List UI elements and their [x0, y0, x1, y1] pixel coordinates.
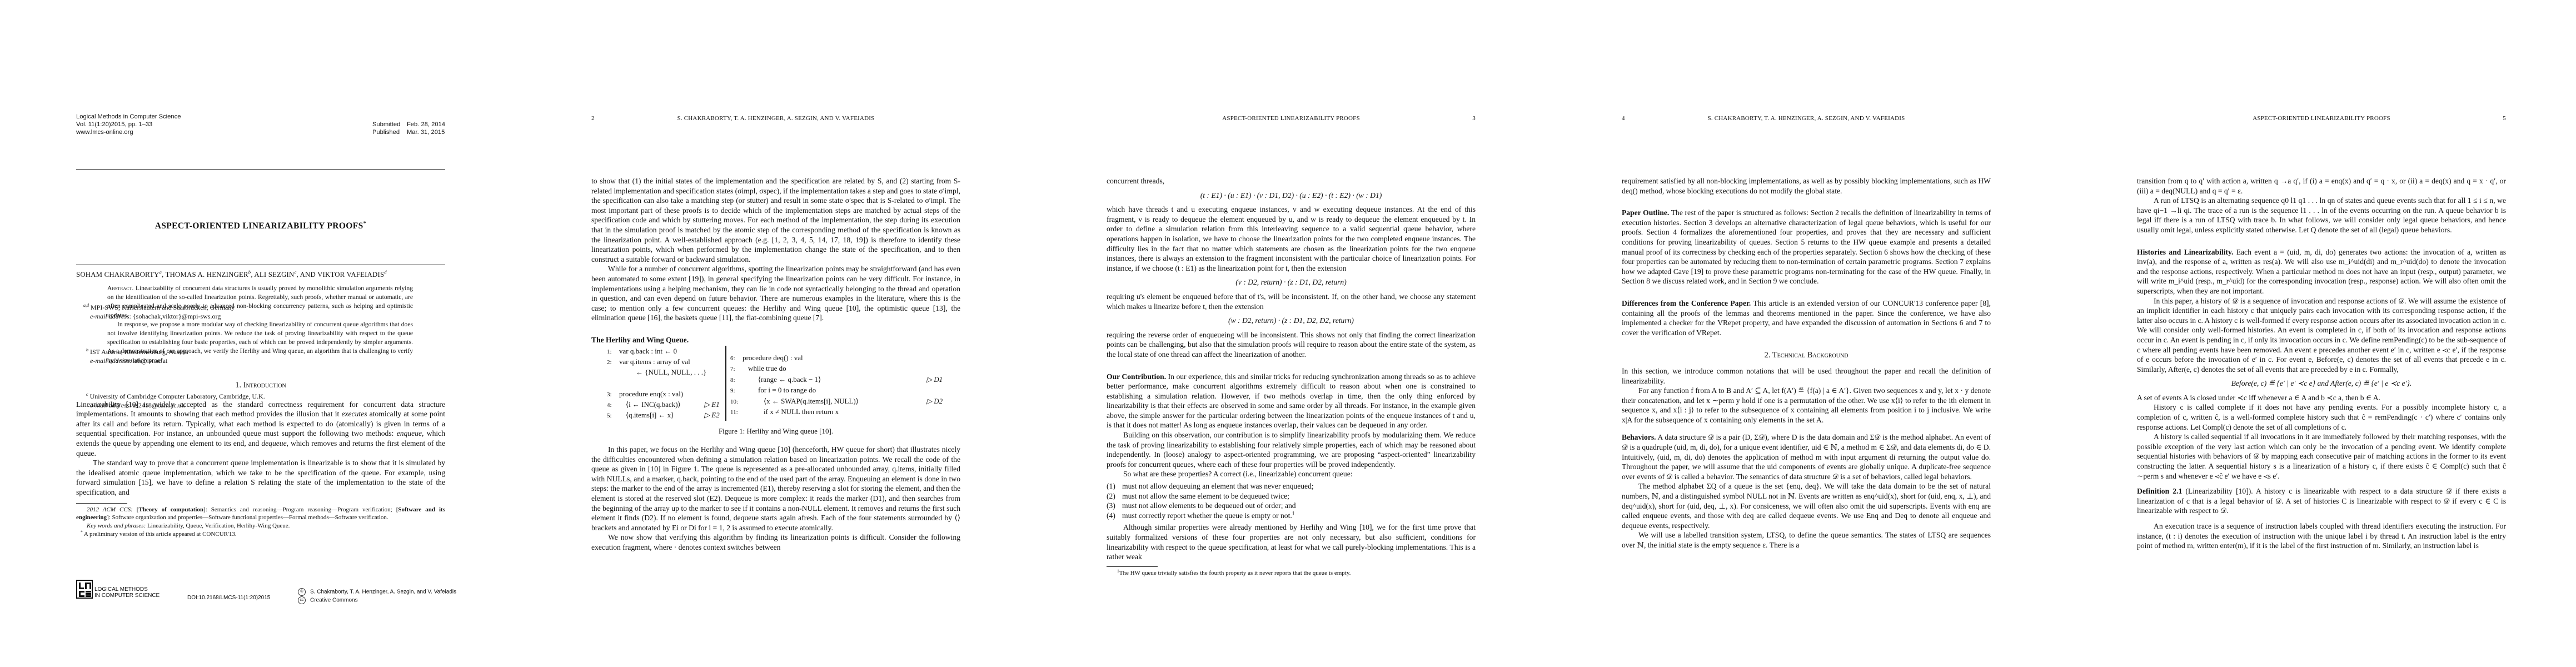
equation: (w : D2, return) · (z : D1, D2, D2, retu… — [1107, 316, 1476, 326]
paragraph: So what are these properties? A correct … — [1107, 469, 1476, 479]
paragraph: requirement satisfied by all non-blockin… — [1622, 176, 1991, 196]
paragraph: An execution trace is a sequence of inst… — [2137, 521, 2506, 551]
paragraph: Linearizability [10] is widely accepted … — [76, 400, 445, 459]
author-list: SOHAM CHAKRABORTYa, THOMAS A. HENZINGERb… — [76, 271, 445, 279]
equation: (v : D2, return) · (z : D1, D2, return) — [1107, 277, 1476, 287]
journal-dates: SubmittedFeb. 28, 2014 PublishedMar. 31,… — [372, 121, 445, 136]
journal-name: Logical Methods in Computer Science — [76, 113, 445, 121]
definition: Definition 2.1 (Linearizability [10]). A… — [2137, 486, 2506, 516]
published-label: Published — [372, 128, 407, 136]
license-link[interactable]: Creative Commons — [310, 597, 358, 603]
footnote: 1The HW queue trivially satisfies the fo… — [1107, 569, 1476, 578]
paragraph-heading: Our Contribution. — [1107, 372, 1166, 381]
list-item: (2)must not allow the same element to be… — [1107, 491, 1476, 501]
abstract: Abstract. Linearizability of concurrent … — [107, 284, 413, 365]
abstract-rule — [76, 265, 445, 265]
paragraph: A run of LTSQ is an alternating sequence… — [2137, 196, 2506, 235]
figure-1-code: 1:var q.back : int ← 0 2:var q.items : a… — [607, 346, 951, 421]
paragraph: Our Contribution. In our experience, thi… — [1107, 372, 1476, 431]
submitted-label: Submitted — [372, 121, 407, 128]
equation: Before(e, c) ≝ {e′ | e′ ≺c e} and After(… — [2137, 379, 2506, 389]
section-heading: 2. Technical Background — [1622, 351, 1991, 361]
page-3: ASPECT-ORIENTED LINEARIZABILITY PROOFS 3… — [1030, 0, 1546, 667]
paragraph: We will use a labelled transition system… — [1622, 530, 1991, 550]
footnote-rule — [1107, 566, 1158, 567]
paragraph: While for a number of concurrent algorit… — [591, 264, 960, 323]
paragraph: We now show that verifying this algorith… — [591, 532, 960, 552]
header-rule — [76, 169, 445, 170]
paragraph: Building on this observation, our contri… — [1107, 430, 1476, 469]
paragraph: Histories and Linearizability. Each even… — [2137, 247, 2506, 296]
body-text: transition from q to q′ with action a, w… — [2137, 176, 2506, 551]
paragraph: concurrent threads, — [1107, 176, 1476, 186]
copyright-block: ©S. Chakraborty, T. A. Henzinger, A. Sez… — [298, 588, 456, 604]
list-item: (1)must not allow dequeuing an element t… — [1107, 481, 1476, 491]
property-list: (1)must not allow dequeuing an element t… — [1107, 481, 1476, 520]
submitted-date: Feb. 28, 2014 — [407, 121, 445, 128]
paragraph: For any function f from A to B and A′ ⊆ … — [1622, 386, 1991, 425]
paragraph: History c is called complete if it does … — [2137, 402, 2506, 432]
footnotes: 2012 ACM CCS: [Theory of computation]: S… — [76, 506, 445, 539]
doi[interactable]: DOI:10.2168/LMCS-11(1:20)2015 — [187, 595, 270, 601]
body-text: to show that (1) the initial states of t… — [591, 176, 960, 345]
paragraph: In this paper, we focus on the Herlihy a… — [591, 445, 960, 532]
introduction: 1. Introduction Linearizability [10] is … — [76, 381, 445, 539]
figure-divider — [725, 346, 726, 421]
paragraph: A history is called sequential if all in… — [2137, 432, 2506, 481]
paragraph: Differences from the Conference Paper. T… — [1622, 298, 1991, 337]
paragraph: The method alphabet ΣQ of a queue is the… — [1622, 481, 1991, 530]
paragraph: The standard way to prove that a concurr… — [76, 458, 445, 497]
creative-commons-icon: cc — [298, 596, 306, 604]
body-text: requirement satisfied by all non-blockin… — [1622, 176, 1991, 550]
paragraph: to show that (1) the initial states of t… — [591, 176, 960, 264]
paragraph: Paper Outline. The rest of the paper is … — [1622, 208, 1991, 286]
page-2: 2 S. CHAKRABORTY, T. A. HENZINGER, A. SE… — [515, 0, 1030, 667]
paragraph-heading: Histories and Linearizability. — [2137, 248, 2233, 256]
paragraph-heading: Differences from the Conference Paper. — [1622, 299, 1751, 307]
list-item: (3)must not allow elements to be dequeue… — [1107, 501, 1476, 511]
paper-title: ASPECT-ORIENTED LINEARIZABILITY PROOFS* — [76, 221, 445, 231]
page-number: 3 — [1472, 115, 1476, 122]
paragraph: Behaviors. A data structure 𝒟 is a pair … — [1622, 432, 1991, 481]
paragraph: requiring the reverse order of enqueuein… — [1107, 330, 1476, 360]
paragraph: Although similar properties were already… — [1107, 522, 1476, 561]
page-5: ASPECT-ORIENTED LINEARIZABILITY PROOFS 5… — [2061, 0, 2576, 667]
page-4: 4 S. CHAKRABORTY, T. A. HENZINGER, A. SE… — [1546, 0, 2061, 667]
figure-caption: Figure 1: Herlihy and Wing queue [10]. — [591, 427, 960, 436]
published-date: Mar. 31, 2015 — [407, 129, 445, 136]
paragraph: which have threads t and u executing enq… — [1107, 205, 1476, 273]
page-1: Logical Methods in Computer Science Vol.… — [0, 0, 515, 667]
list-item: (4)must correctly report whether the que… — [1107, 511, 1476, 521]
definition-label: Definition 2.1 — [2137, 487, 2182, 495]
paragraph-heading: Behaviors. — [1622, 433, 1656, 441]
section-heading: 1. Introduction — [76, 381, 445, 391]
body-text: concurrent threads, (t : E1) · (u : E1) … — [1107, 176, 1476, 578]
lmcs-logo-icon — [76, 580, 93, 599]
paragraph: A set of events A is closed under ≺c iff… — [2137, 393, 2506, 403]
equation: (t : E1) · (u : E1) · (v : D1, D2) · (u … — [1107, 191, 1476, 201]
abstract-label: Abstract. — [107, 285, 133, 292]
paragraph: transition from q to q′ with action a, w… — [2137, 176, 2506, 196]
journal-header: Logical Methods in Computer Science Vol.… — [76, 113, 445, 136]
footnote-rule — [76, 503, 127, 504]
paragraph: In this paper, a history of 𝒟 is a seque… — [2137, 296, 2506, 375]
lmcs-logo: LOGICAL METHODSIN COMPUTER SCIENCE — [76, 580, 160, 599]
body-text: In this paper, we focus on the Herlihy a… — [591, 445, 960, 552]
paragraph-heading: Paper Outline. — [1622, 208, 1669, 217]
copyright-icon: © — [298, 588, 306, 596]
paragraph: requiring u's element be enqueued before… — [1107, 292, 1476, 311]
subheading: The Herlihy and Wing Queue. — [591, 335, 960, 345]
paragraph: In this section, we introduce common not… — [1622, 366, 1991, 386]
page-number: 5 — [2503, 115, 2506, 122]
